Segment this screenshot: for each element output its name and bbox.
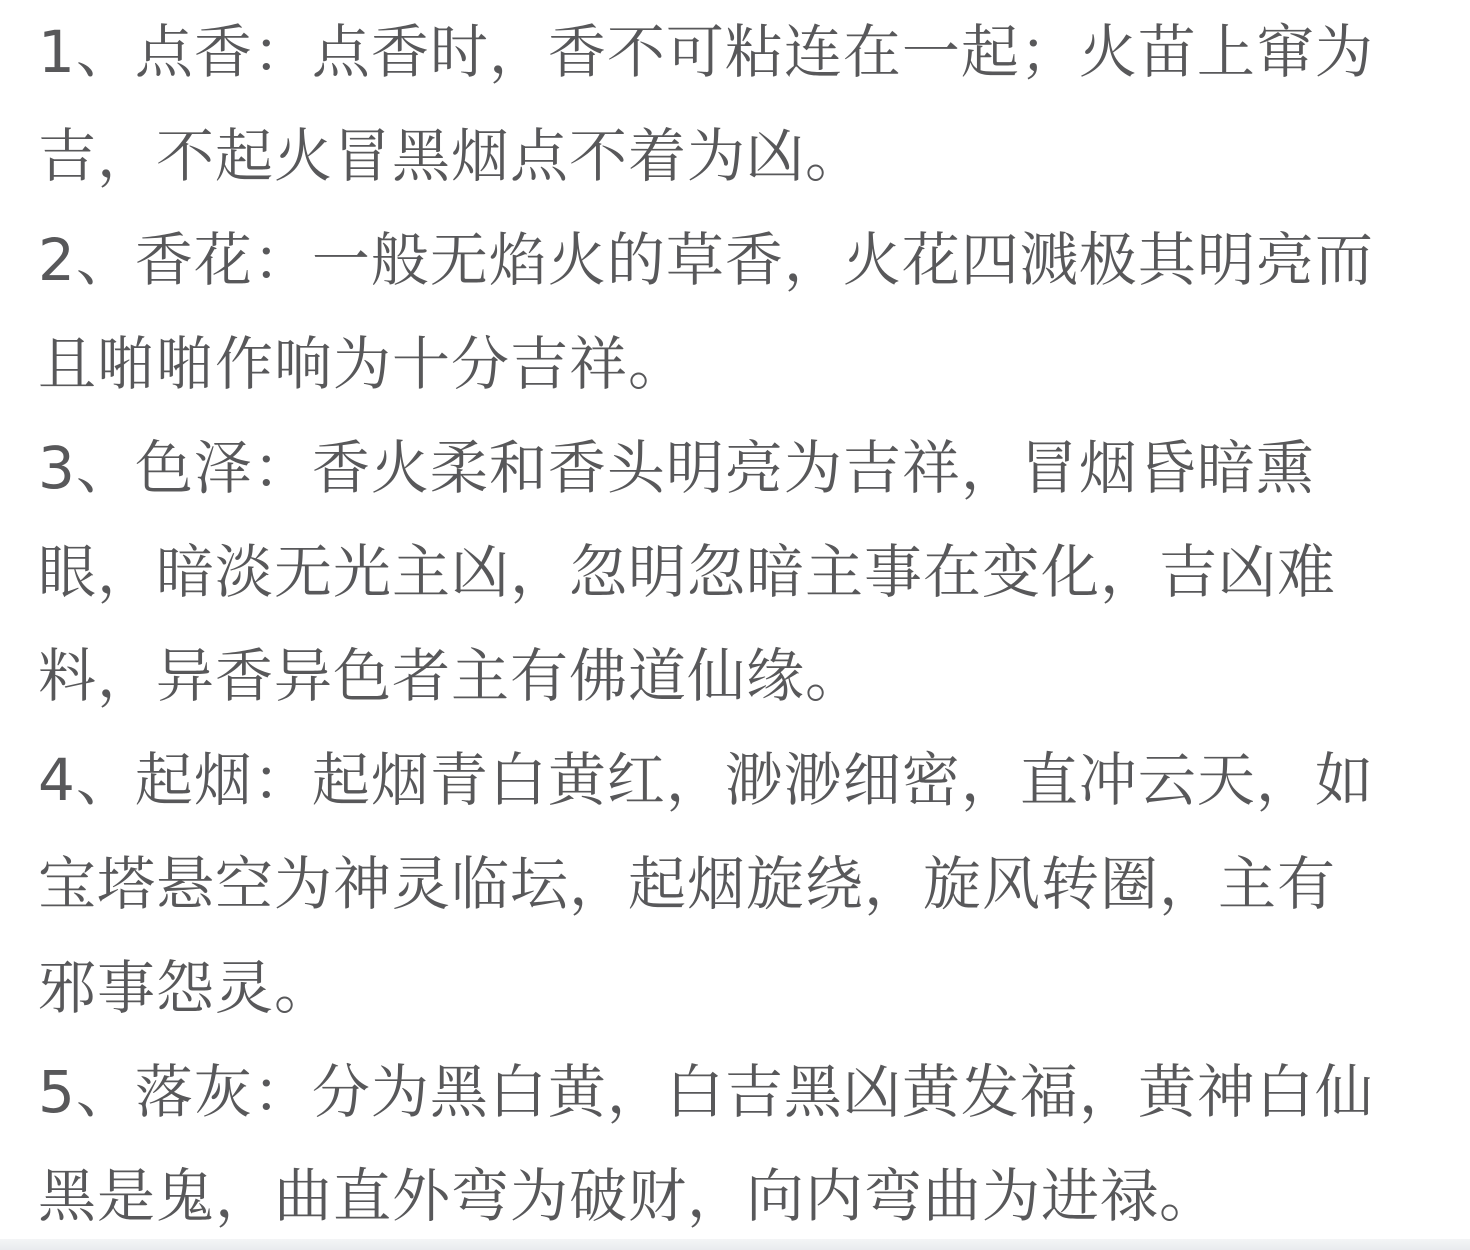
text-line-12: 黑是鬼，曲直外弯为破财，向内弯曲为进禄。 xyxy=(38,1144,1432,1248)
text-line-9: 宝塔悬空为神灵临坛，起烟旋绕，旋风转圈，主有 xyxy=(38,832,1432,936)
text-line-2: 吉，不起火冒黑烟点不着为凶。 xyxy=(38,104,1432,208)
text-line-5: 3、色泽：香火柔和香头明亮为吉祥，冒烟昏暗熏 xyxy=(38,416,1432,520)
text-line-6: 眼，暗淡无光主凶，忽明忽暗主事在变化，吉凶难 xyxy=(38,520,1432,624)
text-line-11: 5、落灰：分为黑白黄，白吉黑凶黄发福，黄神白仙 xyxy=(38,1040,1432,1144)
text-line-4: 且啪啪作响为十分吉祥。 xyxy=(38,312,1432,416)
text-line-1: 1、点香：点香时，香不可粘连在一起；火苗上窜为 xyxy=(38,0,1432,104)
page-bottom-edge xyxy=(0,1239,1470,1250)
article-text: 1、点香：点香时，香不可粘连在一起；火苗上窜为 吉，不起火冒黑烟点不着为凶。 2… xyxy=(0,0,1470,1248)
text-line-3: 2、香花：一般无焰火的草香，火花四溅极其明亮而 xyxy=(38,208,1432,312)
text-line-8: 4、起烟：起烟青白黄红，渺渺细密，直冲云天，如 xyxy=(38,728,1432,832)
text-line-10: 邪事怨灵。 xyxy=(38,936,1432,1040)
text-line-7: 料，异香异色者主有佛道仙缘。 xyxy=(38,624,1432,728)
